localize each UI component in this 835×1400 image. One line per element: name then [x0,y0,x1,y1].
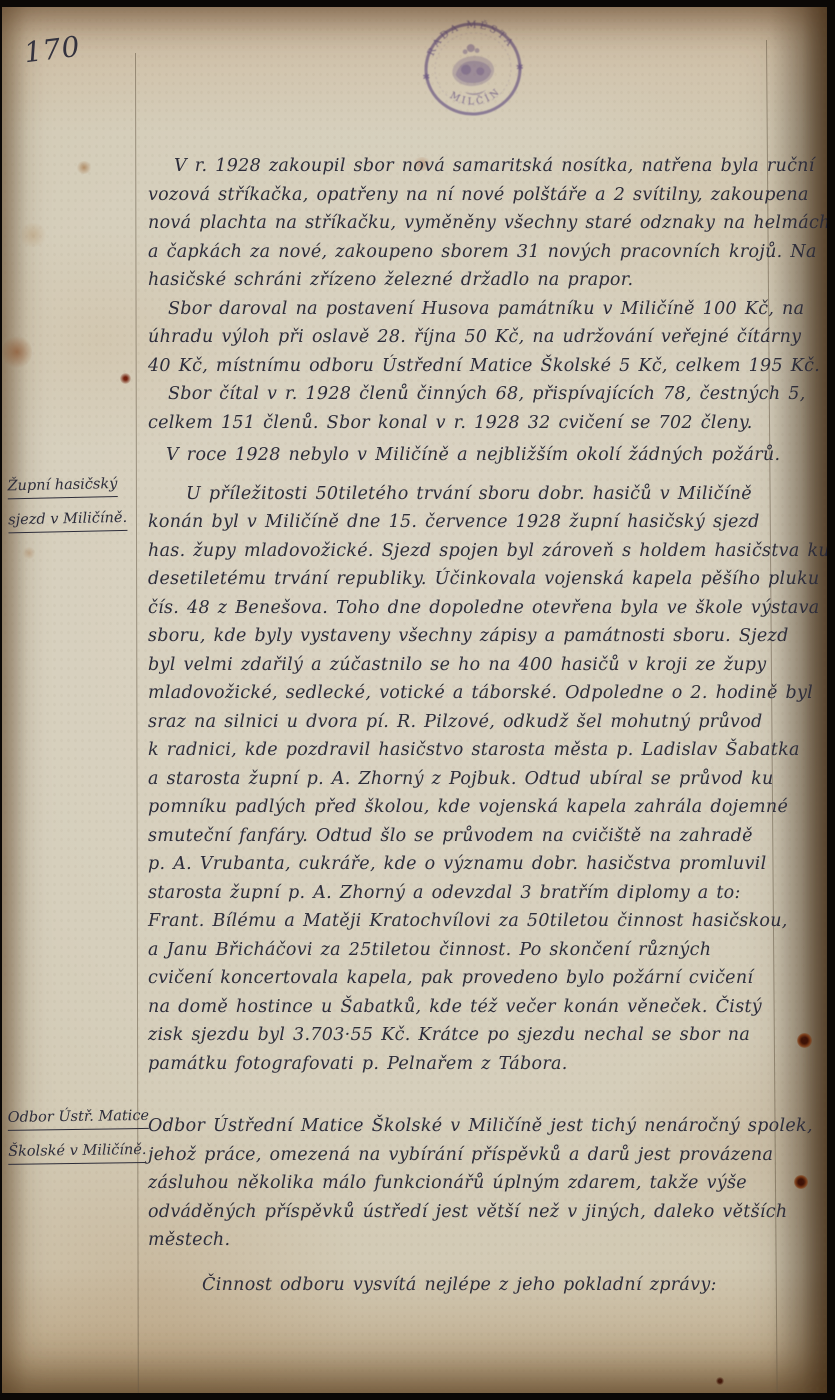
text-line: Odbor Ústřední Matice Školské v Miličíně… [148,1112,766,1141]
chronicle-page: 170 RADA MĚSTA [2,7,827,1393]
paragraph: U příležitosti 50tiletého trvání sboru d… [148,480,766,1079]
text-line: p. A. Vrubanta, cukráře, kde o významu d… [148,850,766,879]
margin-note-line: sjezd v Miličíně. [8,508,127,533]
margin-note-line: Školské v Miličíně. [8,1140,147,1165]
text-line: smuteční fanfáry. Odtud šlo se průvodem … [148,822,766,851]
text-line: hasičské schráni zřízeno železné držadlo… [148,266,766,295]
stamp-star-left-icon: ✱ [422,73,431,84]
text-line: jehož práce, omezená na vybírání příspěv… [148,1141,766,1170]
paper-stain [18,223,48,247]
text-line: 40 Kč, místnímu odboru Ústřední Matice Š… [148,352,766,381]
text-line: cvičení koncertovala kapela, pak provede… [148,964,766,993]
text-line: starosta župní p. A. Zhorný a odevzdal 3… [148,879,766,908]
paragraph: Sbor daroval na postavení Husova památní… [148,295,766,381]
paper-stain [794,1175,808,1189]
photo-frame: 170 RADA MĚSTA [0,0,835,1400]
paper-stain [797,1033,812,1048]
paper-stain [716,1377,724,1385]
text-line: a čapkách za nové, zakoupeno sborem 31 n… [148,238,766,267]
text-line: sraz na silnici u dvora pí. R. Pilzové, … [148,708,766,737]
text-line: čís. 48 z Benešova. Toho dne dopoledne o… [148,594,766,623]
margin-rule-left [135,53,139,1393]
stamp-star-right-icon: ✱ [516,63,525,74]
text-line: sboru, kde byly vystaveny všechny zápisy… [148,622,766,651]
text-line: Frant. Bílému a Matěji Kratochvílovi za … [148,907,766,936]
paragraph: V r. 1928 zakoupil sbor nová samaritská … [148,152,766,295]
text-line: památku fotografovati p. Pelnařem z Tábo… [148,1050,766,1079]
paper-stain [2,335,32,369]
text-line: konán byl v Miličíně dne 15. července 19… [148,508,766,537]
text-line: byl velmi zdařilý a zúčastnilo se ho na … [148,651,766,680]
margin-note: Odbor Ústř. Matice Školské v Miličíně. [8,1106,137,1176]
text-line: vozová stříkačka, opatřeny na ní nové po… [148,181,766,210]
text-line: U příležitosti 50tiletého trvání sboru d… [148,480,766,509]
text-line: a starosta župní p. A. Zhorný z Pojbuk. … [148,765,766,794]
text-line: k radnici, kde pozdravil hasičstvo staro… [148,736,766,765]
text-line: desetiletému trvání republiky. Účinkoval… [148,565,766,594]
margin-note-line: Odbor Ústř. Matice [8,1106,150,1131]
margin-note-line: Župní hasičský [7,474,117,499]
text-line: has. župy mladovožické. Sjezd spojen byl… [148,537,766,566]
margin-note: Župní hasičský sjezd v Miličíně. [7,474,136,545]
text-line: nová plachta na stříkačku, vyměněny všec… [148,209,766,238]
text-line: V r. 1928 zakoupil sbor nová samaritská … [148,152,766,181]
paragraph: Odbor Ústřední Matice Školské v Miličíně… [148,1112,766,1255]
text-body: V r. 1928 zakoupil sbor nová samaritská … [148,152,766,1299]
text-line: městech. [148,1226,766,1255]
paper-stain [120,373,131,384]
paper-stain [76,161,92,174]
text-line: Sbor čítal v r. 1928 členů činných 68, p… [148,380,766,409]
text-line: pomníku padlých před školou, kde vojensk… [148,793,766,822]
paragraph: Činnost odboru vysvítá nejlépe z jeho po… [148,1271,766,1300]
text-line: zisk sjezdu byl 3.703·55 Kč. Krátce po s… [148,1021,766,1050]
text-line: V roce 1928 nebylo v Miličíně a nejbližš… [148,441,766,470]
stamp-emblem [450,42,497,97]
stamp-top-text: RADA MĚSTA [423,15,517,59]
svg-text:RADA MĚSTA: RADA MĚSTA [423,15,517,59]
text-line: Sbor daroval na postavení Husova památní… [148,295,766,324]
paragraph: V roce 1928 nebylo v Miličíně a nejbližš… [148,441,766,470]
text-line: Činnost odboru vysvítá nejlépe z jeho po… [148,1271,766,1300]
page-number: 170 [22,30,82,70]
official-stamp-icon: RADA MĚSTA MILČÍN ✱ ✱ [398,15,548,123]
text-line: úhradu výloh při oslavě 28. října 50 Kč,… [148,323,766,352]
text-line: na domě hostince u Šabatků, kde též veče… [148,993,766,1022]
text-line: zásluhou několika málo funkcionářů úplný… [148,1169,766,1198]
text-line: odváděných příspěvků ústředí jest větší … [148,1198,766,1227]
text-line: mladovožické, sedlecké, votické a tábors… [148,679,766,708]
text-line: celkem 151 členů. Sbor konal v r. 1928 3… [148,409,766,438]
text-line: a Janu Břicháčovi za 25tiletou činnost. … [148,936,766,965]
paper-stain [22,547,36,559]
paragraph: Sbor čítal v r. 1928 členů činných 68, p… [148,380,766,437]
